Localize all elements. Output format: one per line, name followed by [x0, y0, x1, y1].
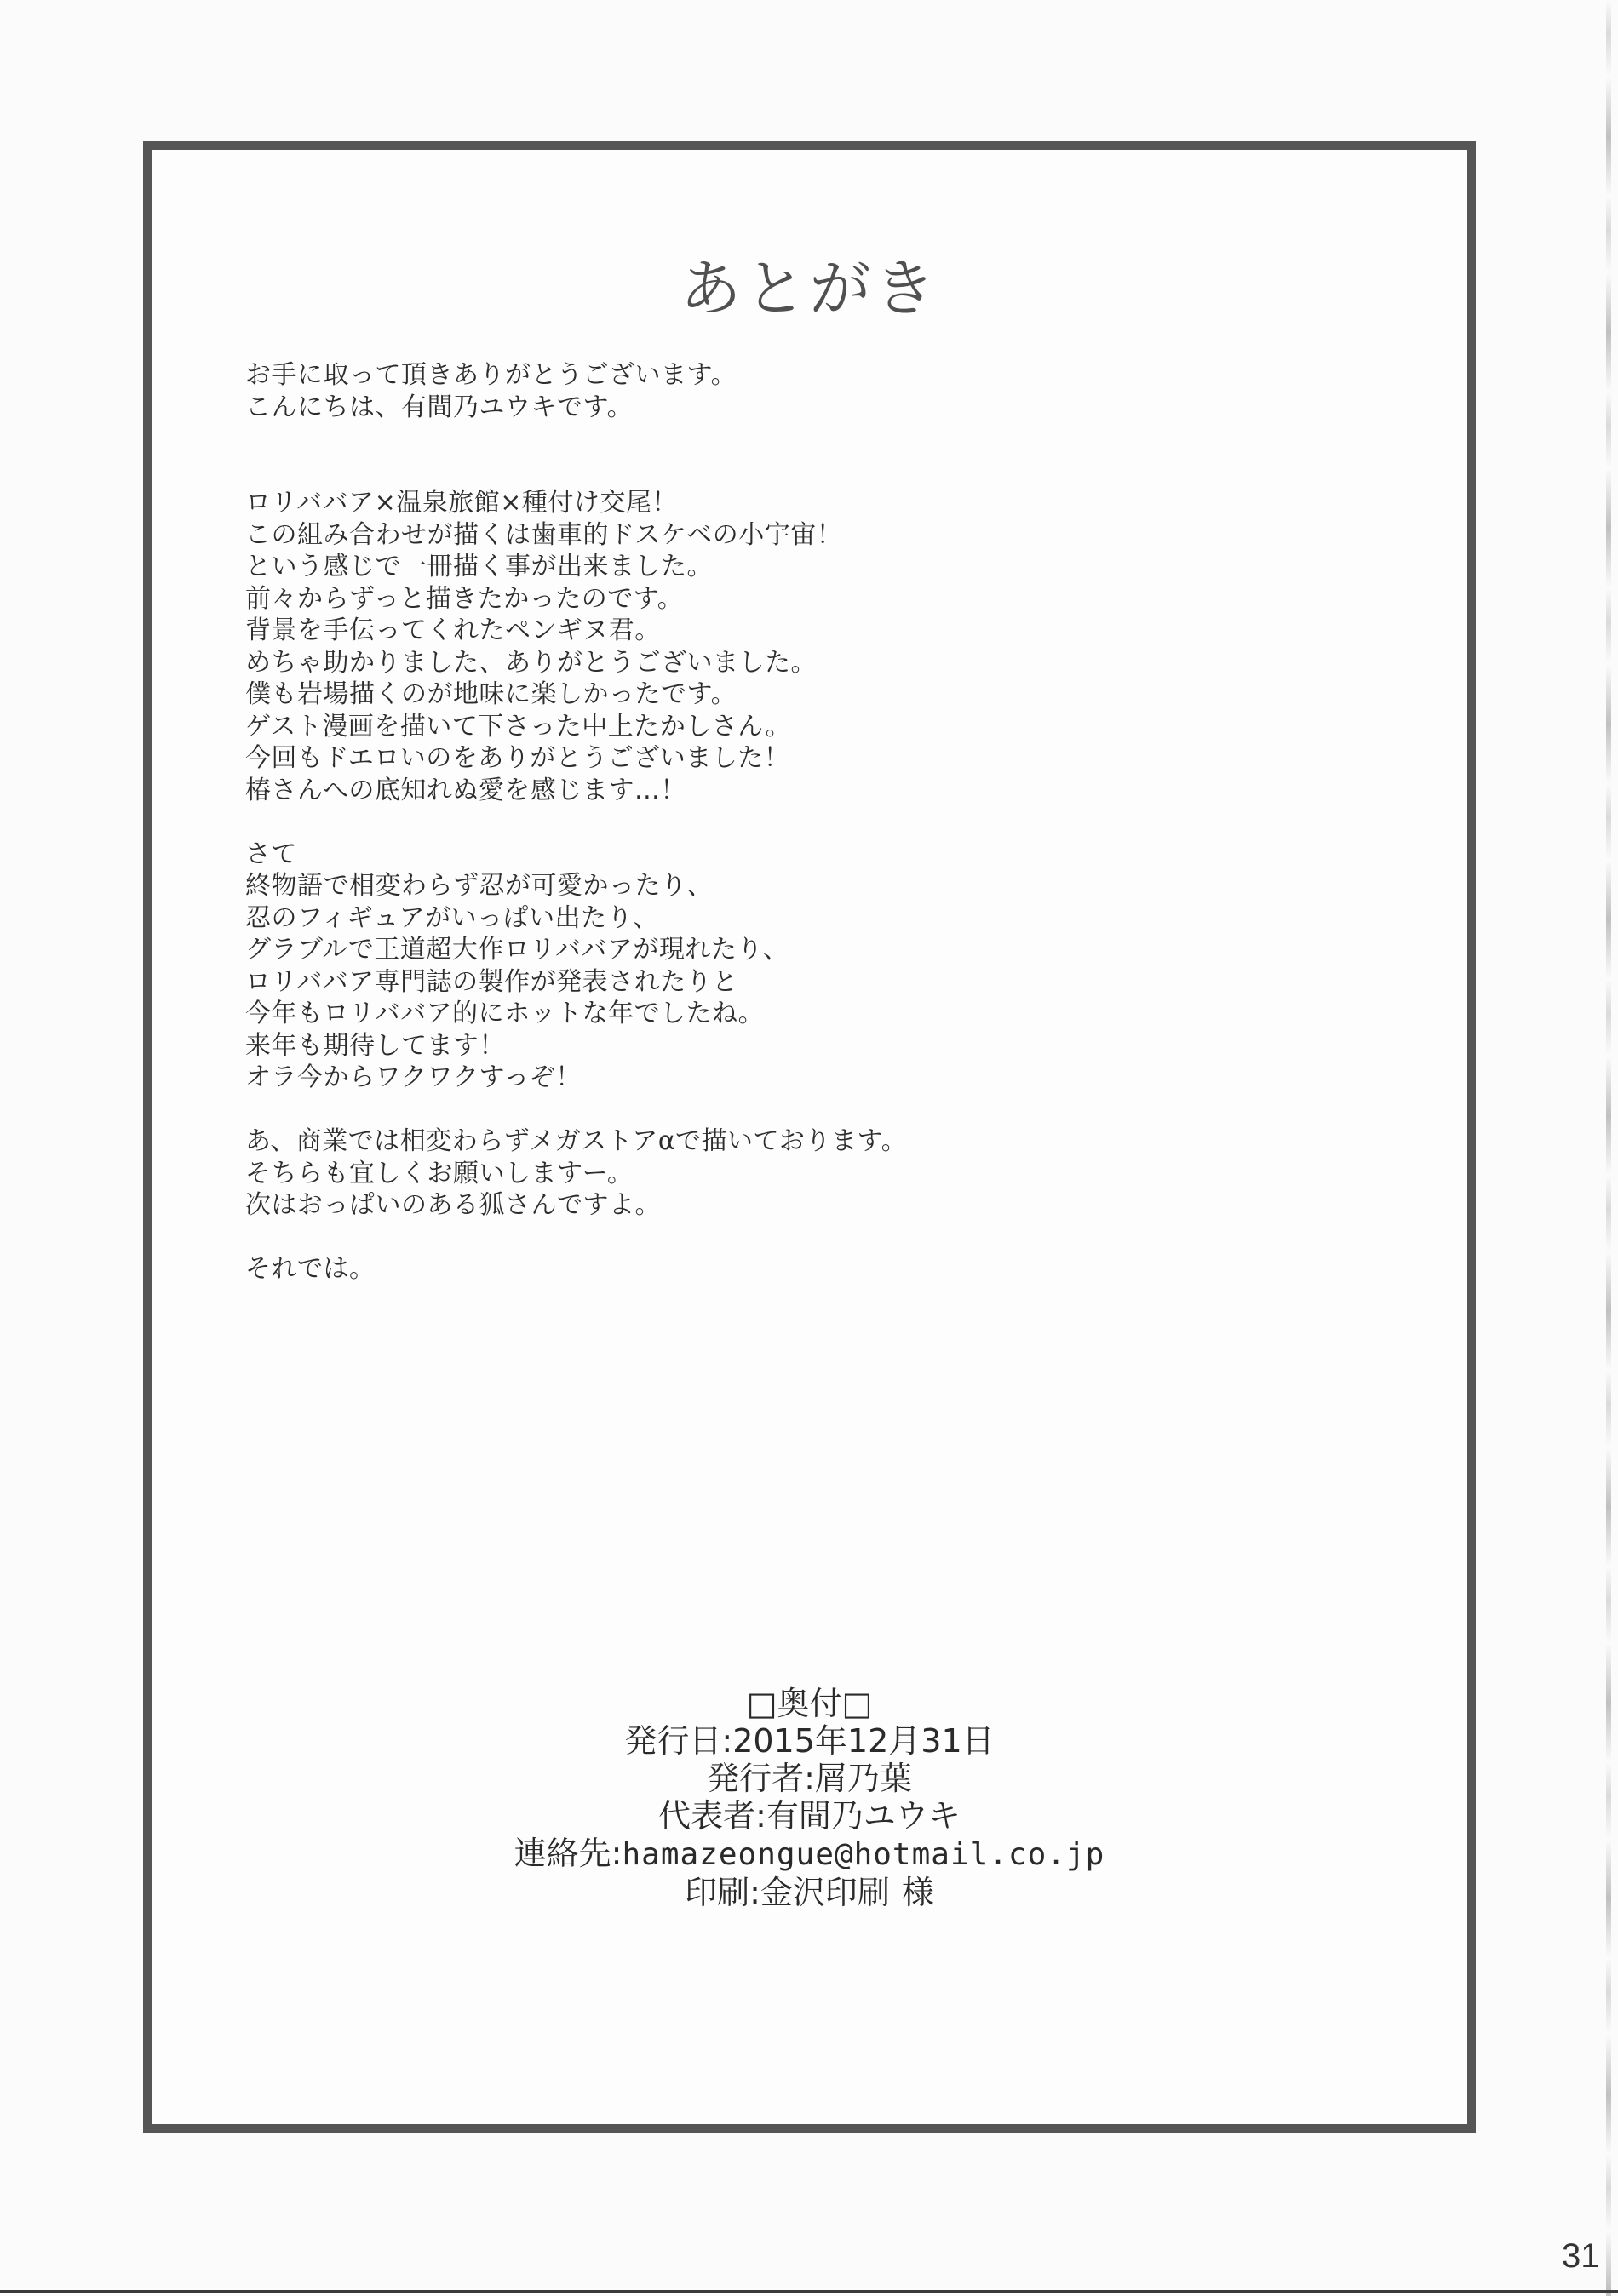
printer-honorific: 様 [902, 1874, 934, 1911]
separator: : [755, 1797, 766, 1835]
text-line: グラブルで王道超大作ロリババアが現れたり、 [245, 934, 1352, 966]
printer-label: 印刷 [685, 1874, 749, 1911]
separator: : [611, 1835, 623, 1872]
colophon-contact: 連絡先:hamazeongue@hotmail.co.jp [152, 1835, 1467, 1874]
colophon-publisher: 発行者:屑乃葉 [152, 1760, 1467, 1797]
representative-label: 代表者 [658, 1797, 755, 1835]
text-line: 次はおっぱいのある狐さんですよ。 [245, 1189, 1352, 1222]
publish-date-value: 2015年12月31日 [732, 1722, 994, 1760]
text-line: ロリババア×温泉旅館×種付け交尾！ [245, 487, 1352, 519]
page-title: あとがき [152, 250, 1467, 327]
publisher-value: 屑乃葉 [815, 1760, 912, 1797]
scan-edge-shadow [1606, 0, 1611, 2296]
page-frame: あとがき お手に取って頂きありがとうございます。 こんにちは、有間乃ユウキです。… [143, 141, 1476, 2133]
publish-date-label: 発行日 [624, 1722, 721, 1760]
text-line: 僕も岩場描くのが地味に楽しかったです。 [245, 678, 1352, 711]
contact-email: hamazeongue@hotmail.co.jp [622, 1837, 1104, 1872]
text-line: 前々からずっと描きたかったのです。 [245, 583, 1352, 616]
page-number: 31 [1562, 2237, 1600, 2275]
paragraph-closing: それでは。 [245, 1253, 1352, 1285]
separator: : [749, 1874, 760, 1911]
text-line: あ、商業では相変わらずメガストアαで描いております。 [245, 1125, 1352, 1158]
colophon-publish-date: 発行日:2015年12月31日 [152, 1722, 1467, 1760]
text-line: さて [245, 839, 1352, 871]
paragraph-year-review: さて 終物語で相変わらず忍が可愛かったり、 忍のフィギュアがいっぱい出たり、 グ… [245, 839, 1352, 1094]
text-line: 来年も期待してます！ [245, 1030, 1352, 1062]
text-line: お手に取って頂きありがとうございます。 [245, 359, 1352, 392]
text-line: この組み合わせが描くは歯車的ドスケベの小宇宙！ [245, 519, 1352, 552]
separator: : [721, 1722, 732, 1760]
text-line: それでは。 [245, 1253, 1352, 1285]
paragraph-about-book: ロリババア×温泉旅館×種付け交尾！ この組み合わせが描くは歯車的ドスケベの小宇宙… [245, 487, 1352, 806]
text-line: そちらも宜しくお願いしますー。 [245, 1158, 1352, 1190]
text-line: 今年もロリババア的にホットな年でしたね。 [245, 998, 1352, 1030]
scan-edge-line [0, 2290, 1618, 2293]
text-line: 終物語で相変わらず忍が可愛かったり、 [245, 870, 1352, 902]
text-line: 椿さんへの底知れぬ愛を感じます…！ [245, 775, 1352, 807]
text-line: 今回もドエロいのをありがとうございました！ [245, 742, 1352, 775]
paragraph-commercial-work: あ、商業では相変わらずメガストアαで描いております。 そちらも宜しくお願いします… [245, 1125, 1352, 1222]
colophon-printer: 印刷:金沢印刷様 [152, 1874, 1467, 1911]
text-line: ゲスト漫画を描いて下さった中上たかしさん。 [245, 711, 1352, 743]
colophon-heading: □奥付□ [152, 1685, 1467, 1722]
text-line: こんにちは、有間乃ユウキです。 [245, 392, 1352, 424]
paragraph-greeting: お手に取って頂きありがとうございます。 こんにちは、有間乃ユウキです。 [245, 359, 1352, 423]
afterword-body: お手に取って頂きありがとうございます。 こんにちは、有間乃ユウキです。 ロリババ… [245, 359, 1352, 1285]
text-line: ロリババア専門誌の製作が発表されたりと [245, 966, 1352, 999]
separator: : [804, 1760, 815, 1797]
publisher-label: 発行者 [707, 1760, 804, 1797]
text-line: 忍のフィギュアがいっぱい出たり、 [245, 902, 1352, 935]
representative-value: 有間乃ユウキ [766, 1797, 961, 1835]
text-line: めちゃ助かりました、ありがとうございました。 [245, 647, 1352, 679]
printer-value: 金沢印刷 [760, 1874, 890, 1911]
text-line: 背景を手伝ってくれたペンギヌ君。 [245, 615, 1352, 647]
contact-label: 連絡先 [514, 1835, 611, 1872]
text-line: オラ今からワクワクすっぞ！ [245, 1062, 1352, 1094]
colophon-representative: 代表者:有間乃ユウキ [152, 1797, 1467, 1835]
text-line: という感じで一冊描く事が出来ました。 [245, 551, 1352, 583]
colophon: □奥付□ 発行日:2015年12月31日 発行者:屑乃葉 代表者:有間乃ユウキ … [152, 1685, 1467, 1911]
